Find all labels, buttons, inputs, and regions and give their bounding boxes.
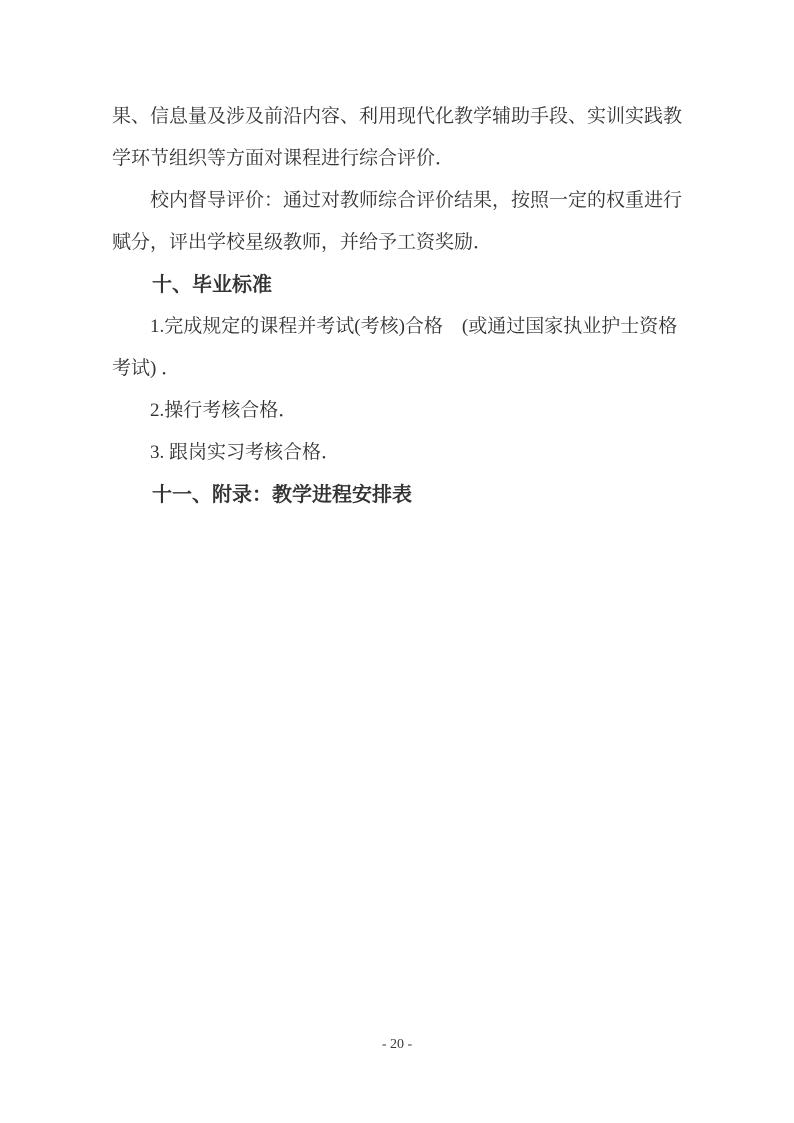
document-body: 果、信息量及涉及前沿内容、利用现代化教学辅助手段、实训实践教 学环节组织等方面对… xyxy=(112,96,678,516)
text-line: 3. 跟岗实习考核合格． xyxy=(112,432,678,474)
text-line: 1.完成规定的课程并考试(考核)合格 (或通过国家执业护士资格 xyxy=(112,306,678,348)
section-heading-graduation-standard: 十、毕业标准 xyxy=(112,264,678,306)
text-line: 学环节组织等方面对课程进行综合评价． xyxy=(112,138,678,180)
text-line: 赋分，评出学校星级教师，并给予工资奖励． xyxy=(112,222,678,264)
text-line: 2.操行考核合格． xyxy=(112,390,678,432)
text-line: 考试) ． xyxy=(112,348,678,390)
text-line: 果、信息量及涉及前沿内容、利用现代化教学辅助手段、实训实践教 xyxy=(112,96,678,138)
document-page: 果、信息量及涉及前沿内容、利用现代化教学辅助手段、实训实践教 学环节组织等方面对… xyxy=(0,0,794,1123)
section-heading-appendix: 十一、附录：教学进程安排表 xyxy=(112,474,678,516)
text-line: 校内督导评价：通过对教师综合评价结果，按照一定的权重进行 xyxy=(112,180,678,222)
page-number: - 20 - xyxy=(0,1035,794,1055)
